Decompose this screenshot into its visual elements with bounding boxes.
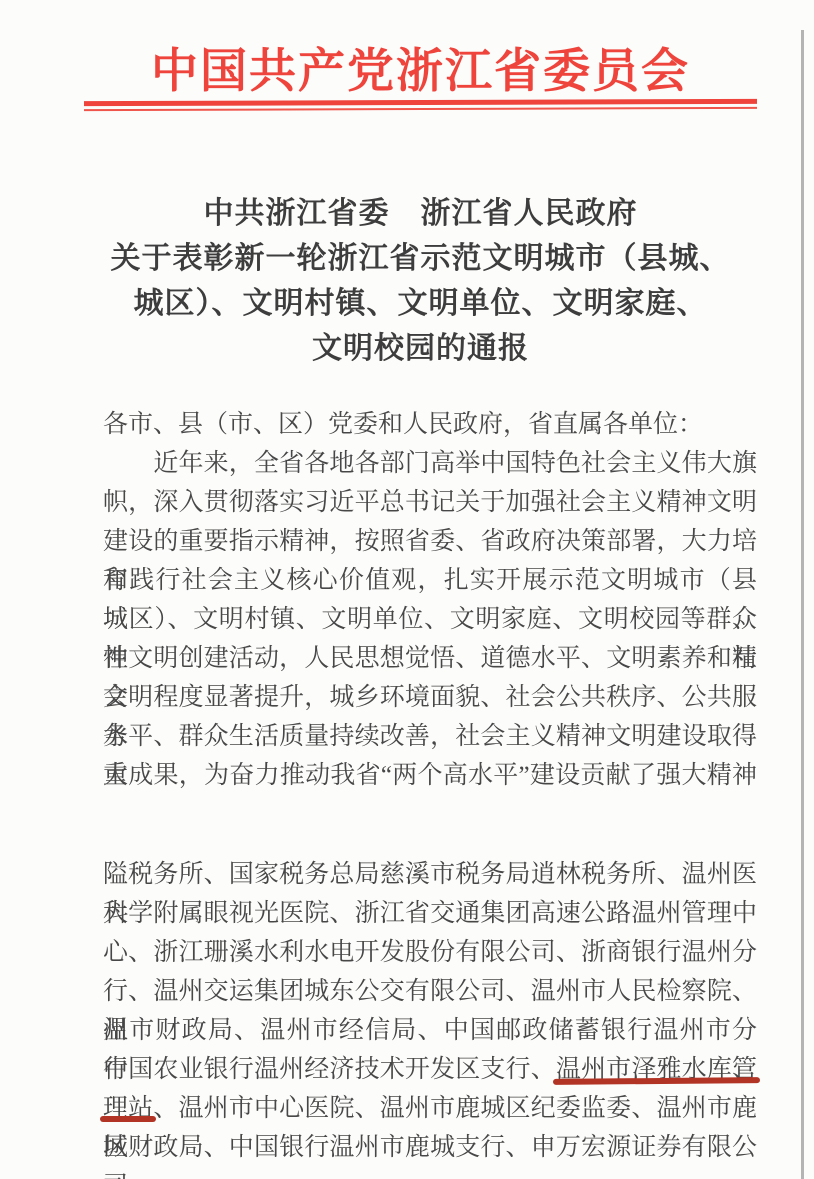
list-line: 行、温州交运集团城东公交有限公司、温州市人民检察院、温	[103, 972, 757, 1011]
paragraph-line: 近年来，全省各地各部门高举中国特色社会主义伟大旗	[103, 444, 757, 483]
list-line: 区财政局、中国银行温州市鹿城支行、申万宏源证券有限公司	[103, 1128, 757, 1167]
paragraph-line: 建设的重要指示精神，按照省委、省政府决策部署，大力培育	[103, 522, 757, 561]
list-line: 州市财政局、温州市经信局、中国邮政储蓄银行温州市分行、	[103, 1011, 757, 1050]
red-separator-thin	[84, 107, 757, 111]
letterhead-org-name: 中国共产党浙江省委员会	[84, 34, 757, 101]
body-paragraph-1: 各市、县（市、区）党委和人民政府，省直属各单位： 近年来，全省各地各部门高举中国…	[103, 405, 757, 795]
red-underline-annotation: 理站	[103, 1095, 153, 1122]
red-separator-thick	[84, 99, 757, 106]
paragraph-line: 文明程度显著提升，城乡环境面貌、社会公共秩序、公共服务	[103, 678, 757, 717]
list-line-text: 中国农业银行温州经济技术开发区支行、	[103, 1056, 556, 1083]
list-line-with-underline: 理站、温州市中心医院、温州市鹿城区纪委监委、温州市鹿城	[103, 1089, 757, 1128]
paragraph-line: 帜，深入贯彻落实习近平总书记关于加强社会主义精神文明	[103, 483, 757, 522]
list-line: 隘税务所、国家税务总局慈溪市税务局逍林税务所、温州医科	[103, 855, 757, 894]
page-edge-shadow	[801, 30, 804, 1179]
salutation-line: 各市、县（市、区）党委和人民政府，省直属各单位：	[103, 405, 757, 444]
list-line: 大学附属眼视光医院、浙江省交通集团高速公路温州管理中	[103, 894, 757, 933]
paragraph-line: 和践行社会主义核心价值观，扎实开展示范文明城市（县城、	[103, 561, 757, 600]
red-underline-annotation: 温州市泽雅水库管	[556, 1056, 757, 1083]
document-title: 中共浙江省委 浙江省人民政府 关于表彰新一轮浙江省示范文明城市（县城、 城区）、…	[84, 191, 757, 371]
paragraph-line: 城区）、文明村镇、文明单位、文明家庭、文明校园等群众性精	[103, 600, 757, 639]
body-paragraph-2: 隘税务所、国家税务总局慈溪市税务局逍林税务所、温州医科 大学附属眼视光医院、浙江…	[103, 855, 757, 1167]
list-line: 心、浙江珊溪水利水电开发股份有限公司、浙商银行温州分	[103, 933, 757, 972]
list-line-with-underline: 中国农业银行温州经济技术开发区支行、温州市泽雅水库管	[103, 1050, 757, 1089]
document-title-line: 关于表彰新一轮浙江省示范文明城市（县城、	[84, 236, 757, 281]
paragraph-line: 神文明创建活动，人民思想觉悟、道德水平、文明素养和社会	[103, 639, 757, 678]
document-title-line: 中共浙江省委 浙江省人民政府	[84, 191, 757, 236]
document-title-line: 城区）、文明村镇、文明单位、文明家庭、	[84, 281, 757, 326]
paragraph-line: 水平、群众生活质量持续改善，社会主义精神文明建设取得重	[103, 717, 757, 756]
document-title-line: 文明校园的通报	[84, 326, 757, 371]
paragraph-line: 大成果，为奋力推动我省“两个高水平”建设贡献了强大精神	[103, 756, 757, 795]
